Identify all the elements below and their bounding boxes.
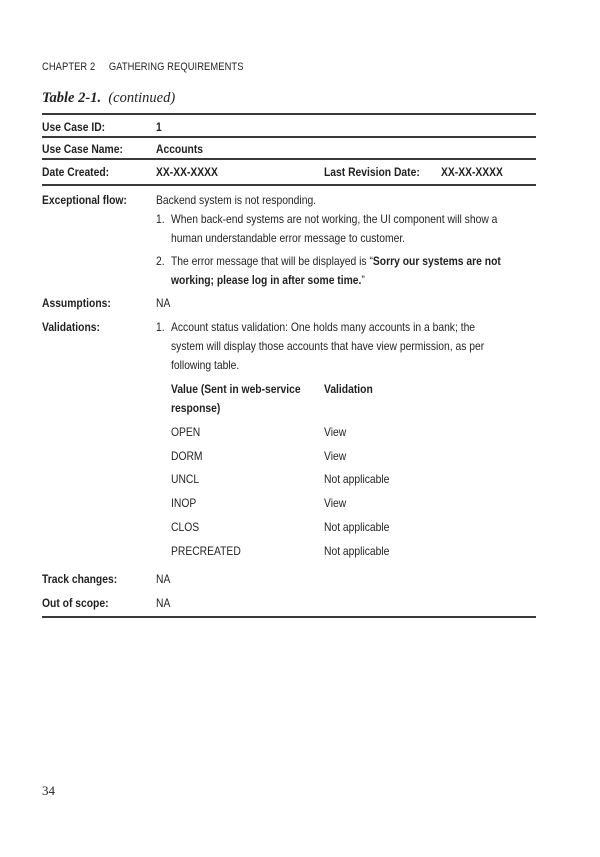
error-message-text-cont: working; please log in after some time. (171, 273, 361, 287)
subtable-cell-validation: Not applicable (324, 545, 389, 557)
row-rule (42, 136, 536, 138)
error-message-intro: The error message that will be displayed… (171, 254, 373, 268)
table-top-rule (42, 113, 536, 115)
use-case-id-value: 1 (156, 121, 162, 133)
subtable-cell-validation: View (324, 497, 346, 509)
subtable-cell-value: UNCL (171, 473, 199, 485)
exceptional-item-1-line2: human understandable error message to cu… (171, 232, 405, 244)
validation-item-1-line3: following table. (171, 359, 239, 371)
subtable-cell-validation: View (324, 450, 346, 462)
subtable-cell-validation: Not applicable (324, 521, 389, 533)
exceptional-flow-label: Exceptional flow: (42, 194, 127, 206)
running-head: CHAPTER 2GATHERING REQUIREMENTS (42, 61, 244, 73)
subtable-cell-value: INOP (171, 497, 196, 509)
use-case-id-label: Use Case ID: (42, 121, 105, 133)
validation-item-1-line1: Account status validation: One holds man… (171, 321, 475, 333)
error-message-close-quote: ” (361, 273, 364, 287)
exceptional-item-2-number: 2. (156, 255, 165, 267)
exceptional-item-2-line1: The error message that will be displayed… (171, 255, 501, 267)
subtable-cell-validation: Not applicable (324, 473, 389, 485)
subtable-header-validation: Validation (324, 383, 373, 395)
out-of-scope-label: Out of scope: (42, 597, 109, 609)
table-label: Table 2-1. (42, 90, 101, 106)
exceptional-flow-intro: Backend system is not responding. (156, 194, 316, 206)
track-changes-label: Track changes: (42, 573, 117, 585)
subtable-header-value-cont: response) (171, 402, 220, 414)
exceptional-item-1-number: 1. (156, 213, 165, 225)
subtable-cell-value: CLOS (171, 521, 199, 533)
track-changes-value: NA (156, 573, 170, 585)
page-number: 34 (42, 783, 55, 799)
table-caption: Table 2-1. (continued) (42, 90, 175, 107)
out-of-scope-value: NA (156, 597, 170, 609)
validation-item-1-line2: system will display those accounts that … (171, 340, 484, 352)
table-continued-note: (continued) (108, 90, 175, 106)
subtable-header-value: Value (Sent in web-service (171, 383, 301, 395)
assumptions-value: NA (156, 297, 170, 309)
chapter-number: CHAPTER 2 (42, 61, 95, 73)
assumptions-label: Assumptions: (42, 297, 111, 309)
last-revision-value: XX-XX-XXXX (441, 166, 503, 178)
table-bottom-rule (42, 616, 536, 618)
subtable-cell-validation: View (324, 426, 346, 438)
date-created-label: Date Created: (42, 166, 109, 178)
exceptional-item-2-line2: working; please log in after some time.” (171, 274, 365, 286)
use-case-name-value: Accounts (156, 143, 203, 155)
subtable-cell-value: PRECREATED (171, 545, 241, 557)
subtable-cell-value: OPEN (171, 426, 200, 438)
last-revision-label: Last Revision Date: (324, 166, 420, 178)
exceptional-item-1-line1: When back-end systems are not working, t… (171, 213, 497, 225)
chapter-title: GATHERING REQUIREMENTS (109, 61, 244, 73)
error-message-text: Sorry our systems are not (373, 254, 501, 268)
subtable-cell-value: DORM (171, 450, 203, 462)
date-created-value: XX-XX-XXXX (156, 166, 218, 178)
header-bottom-rule (42, 184, 536, 186)
row-rule (42, 158, 536, 160)
validation-item-1-number: 1. (156, 321, 165, 333)
validations-label: Validations: (42, 321, 100, 333)
use-case-name-label: Use Case Name: (42, 143, 123, 155)
